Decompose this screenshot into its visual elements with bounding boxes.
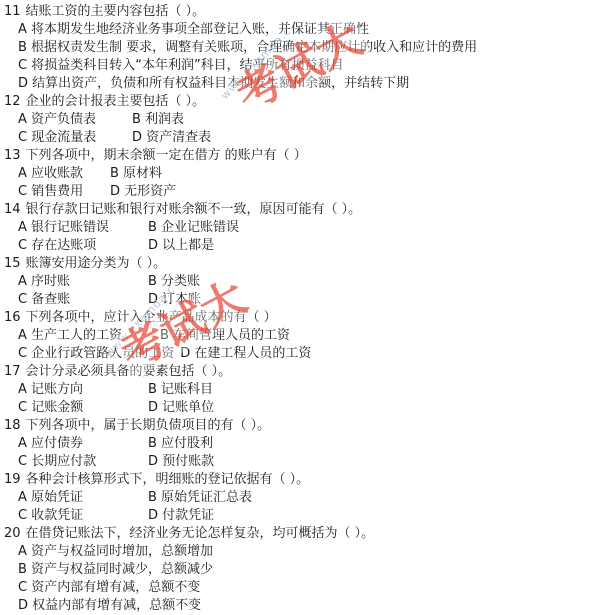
question-number: 13 bbox=[4, 147, 21, 165]
option-cell: B 企业记账错误 bbox=[148, 219, 239, 237]
question-item: 20在借贷记账法下，经济业务无论怎样复杂，均可概括为（ ）。 A 资产与权益同时… bbox=[4, 525, 590, 615]
option-row: A 资产与权益同时增加，总额增加 bbox=[4, 543, 590, 561]
option-cell: A 银行记账错误 bbox=[18, 219, 138, 237]
question-number: 14 bbox=[4, 201, 21, 219]
question-stem: 20在借贷记账法下，经济业务无论怎样复杂，均可概括为（ ）。 bbox=[4, 525, 590, 543]
option-rows: A 将本期发生地经济业务事项全部登记入账，并保证其正确性B 根据权责发生制 要求… bbox=[4, 21, 590, 93]
option-rows: A 原始凭证B 原始凭证汇总表C 收款凭证D 付款凭证 bbox=[4, 489, 590, 525]
question-number: 18 bbox=[4, 417, 21, 435]
question-item: 12企业的会计报表主要包括（ ）。 A 资产负债表B 利润表C 现金流量表D 资… bbox=[4, 93, 590, 147]
option-row: D 权益内部有增有减，总额不变 bbox=[4, 597, 590, 615]
option-row: C 企业行政管路人员的工资D 在建工程人员的工资 bbox=[4, 345, 590, 363]
option-row: C 资产内部有增有减，总额不变 bbox=[4, 579, 590, 597]
option-cell: C 长期应付款 bbox=[18, 453, 138, 471]
option-cell: B 原材料 bbox=[110, 165, 162, 183]
question-stem-text: 下列各项中，应计入企业产品成本的有（ ） bbox=[26, 310, 277, 325]
question-stem-text: 在借贷记账法下，经济业务无论怎样复杂，均可概括为（ ）。 bbox=[26, 526, 375, 541]
option-row: A 序时账B 分类账 bbox=[4, 273, 590, 291]
option-cell: C 备查账 bbox=[18, 291, 138, 309]
question-item: 17会计分录必须具备的要素包括（ ）。 A 记账方向B 记账科目C 记账金额D … bbox=[4, 363, 590, 417]
option-cell: B 记账科目 bbox=[148, 381, 213, 399]
question-stem: 18下列各项中，属于长期负债项目的有（ ）。 bbox=[4, 417, 590, 435]
option-row: A 原始凭证B 原始凭证汇总表 bbox=[4, 489, 590, 507]
option-cell: D 付款凭证 bbox=[148, 507, 214, 525]
option-cell: A 应收账款 bbox=[18, 165, 100, 183]
option-row: C 将损益类科目转入“本年利润”科目，结平所有损益科目 bbox=[4, 57, 590, 75]
option-row: C 存在达账项D 以上都是 bbox=[4, 237, 590, 255]
option-rows: A 应收账款B 原材料C 销售费用D 无形资产 bbox=[4, 165, 590, 201]
option-row: C 现金流量表D 资产清查表 bbox=[4, 129, 590, 147]
question-stem-text: 银行存款日记账和银行对账余额不一致，原因可能有（ ）。 bbox=[26, 202, 362, 217]
question-stem: 19各种会计核算形式下，明细账的登记依据有（ ）。 bbox=[4, 471, 590, 489]
option-row: C 备查账D 订本账 bbox=[4, 291, 590, 309]
option-row: B 资产与权益同时减少，总额减少 bbox=[4, 561, 590, 579]
option-row: C 记账金额D 记账单位 bbox=[4, 399, 590, 417]
question-stem-text: 账簿安用途分类为（ ）。 bbox=[26, 256, 167, 271]
option-cell: C 销售费用 bbox=[18, 183, 100, 201]
option-row: A 应付债券B 应付股利 bbox=[4, 435, 590, 453]
question-item: 14银行存款日记账和银行对账余额不一致，原因可能有（ ）。 A 银行记账错误B … bbox=[4, 201, 590, 255]
option-row: A 银行记账错误B 企业记账错误 bbox=[4, 219, 590, 237]
question-stem-text: 下列各项中，属于长期负债项目的有（ ）。 bbox=[26, 418, 271, 433]
option-rows: A 序时账B 分类账C 备查账D 订本账 bbox=[4, 273, 590, 309]
option-rows: A 资产与权益同时增加，总额增加B 资产与权益同时减少，总额减少C 资产内部有增… bbox=[4, 543, 590, 615]
option-cell: C 现金流量表 bbox=[18, 129, 122, 147]
question-stem-text: 会计分录必须具备的要素包括（ ）。 bbox=[26, 364, 232, 379]
option-row: A 记账方向B 记账科目 bbox=[4, 381, 590, 399]
question-stem-text: 各种会计核算形式下，明细账的登记依据有（ ）。 bbox=[26, 472, 310, 487]
question-stem-text: 下列各项中，期末余额一定在借方 的账户有（ ） bbox=[26, 148, 307, 163]
question-list: 11结账工资的主要内容包括（ ）。 A 将本期发生地经济业务事项全部登记入账，并… bbox=[4, 3, 590, 615]
option-rows: A 记账方向B 记账科目C 记账金额D 记账单位 bbox=[4, 381, 590, 417]
option-cell: A 原始凭证 bbox=[18, 489, 138, 507]
question-item: 19各种会计核算形式下，明细账的登记依据有（ ）。 A 原始凭证B 原始凭证汇总… bbox=[4, 471, 590, 525]
option-cell: C 存在达账项 bbox=[18, 237, 138, 255]
option-rows: A 生产工人的工资B 车间管理人员的工资C 企业行政管路人员的工资D 在建工程人… bbox=[4, 327, 590, 363]
option-cell: A 序时账 bbox=[18, 273, 138, 291]
exam-question-page: 11结账工资的主要内容包括（ ）。 A 将本期发生地经济业务事项全部登记入账，并… bbox=[0, 0, 590, 615]
question-number: 11 bbox=[4, 3, 21, 21]
question-stem: 17会计分录必须具备的要素包括（ ）。 bbox=[4, 363, 590, 381]
question-stem: 13下列各项中，期末余额一定在借方 的账户有（ ） bbox=[4, 147, 590, 165]
option-rows: A 银行记账错误B 企业记账错误C 存在达账项D 以上都是 bbox=[4, 219, 590, 255]
question-stem: 12企业的会计报表主要包括（ ）。 bbox=[4, 93, 590, 111]
option-cell: C 企业行政管路人员的工资 bbox=[18, 345, 174, 363]
option-cell: C 资产内部有增有减，总额不变 bbox=[18, 579, 200, 597]
option-cell: D 结算出资产，负债和所有权益科目本期发生额和余额，并结转下期 bbox=[18, 75, 409, 93]
question-item: 11结账工资的主要内容包括（ ）。 A 将本期发生地经济业务事项全部登记入账，并… bbox=[4, 3, 590, 93]
option-cell: B 分类账 bbox=[148, 273, 200, 291]
question-number: 12 bbox=[4, 93, 21, 111]
option-cell: A 将本期发生地经济业务事项全部登记入账，并保证其正确性 bbox=[18, 21, 369, 39]
option-cell: B 利润表 bbox=[132, 111, 184, 129]
option-cell: A 资产与权益同时增加，总额增加 bbox=[18, 543, 213, 561]
option-cell: D 订本账 bbox=[148, 291, 201, 309]
option-cell: D 无形资产 bbox=[110, 183, 176, 201]
option-cell: A 生产工人的工资 bbox=[18, 327, 154, 345]
question-number: 20 bbox=[4, 525, 21, 543]
question-stem: 11结账工资的主要内容包括（ ）。 bbox=[4, 3, 590, 21]
option-cell: D 权益内部有增有减，总额不变 bbox=[18, 597, 201, 615]
option-row: A 生产工人的工资B 车间管理人员的工资 bbox=[4, 327, 590, 345]
option-cell: D 预付账款 bbox=[148, 453, 214, 471]
question-item: 16下列各项中，应计入企业产品成本的有（ ） A 生产工人的工资B 车间管理人员… bbox=[4, 309, 590, 363]
option-row: A 应收账款B 原材料 bbox=[4, 165, 590, 183]
option-row: C 收款凭证D 付款凭证 bbox=[4, 507, 590, 525]
option-cell: D 记账单位 bbox=[148, 399, 214, 417]
question-stem: 15账簿安用途分类为（ ）。 bbox=[4, 255, 590, 273]
question-stem: 16下列各项中，应计入企业产品成本的有（ ） bbox=[4, 309, 590, 327]
option-cell: B 资产与权益同时减少，总额减少 bbox=[18, 561, 213, 579]
option-cell: D 以上都是 bbox=[148, 237, 214, 255]
option-row: C 长期应付款D 预付账款 bbox=[4, 453, 590, 471]
option-row: D 结算出资产，负债和所有权益科目本期发生额和余额，并结转下期 bbox=[4, 75, 590, 93]
question-number: 15 bbox=[4, 255, 21, 273]
option-cell: B 根据权责发生制 要求，调整有关账项，合理确定本期应计的收入和应计的费用 bbox=[18, 39, 477, 57]
option-row: B 根据权责发生制 要求，调整有关账项，合理确定本期应计的收入和应计的费用 bbox=[4, 39, 590, 57]
question-number: 19 bbox=[4, 471, 21, 489]
question-number: 16 bbox=[4, 309, 21, 327]
option-row: A 将本期发生地经济业务事项全部登记入账，并保证其正确性 bbox=[4, 21, 590, 39]
option-row: A 资产负债表B 利润表 bbox=[4, 111, 590, 129]
option-row: C 销售费用D 无形资产 bbox=[4, 183, 590, 201]
option-cell: B 原始凭证汇总表 bbox=[148, 489, 252, 507]
option-cell: C 将损益类科目转入“本年利润”科目，结平所有损益科目 bbox=[18, 57, 344, 75]
question-item: 13下列各项中，期末余额一定在借方 的账户有（ ） A 应收账款B 原材料C 销… bbox=[4, 147, 590, 201]
question-stem-text: 结账工资的主要内容包括（ ）。 bbox=[26, 4, 206, 19]
option-cell: D 在建工程人员的工资 bbox=[180, 345, 311, 363]
question-item: 18下列各项中，属于长期负债项目的有（ ）。 A 应付债券B 应付股利C 长期应… bbox=[4, 417, 590, 471]
question-number: 17 bbox=[4, 363, 21, 381]
option-cell: A 资产负债表 bbox=[18, 111, 122, 129]
question-stem: 14银行存款日记账和银行对账余额不一致，原因可能有（ ）。 bbox=[4, 201, 590, 219]
option-cell: A 应付债券 bbox=[18, 435, 138, 453]
option-rows: A 资产负债表B 利润表C 现金流量表D 资产清查表 bbox=[4, 111, 590, 147]
question-stem-text: 企业的会计报表主要包括（ ）。 bbox=[26, 94, 206, 109]
question-item: 15账簿安用途分类为（ ）。 A 序时账B 分类账C 备查账D 订本账 bbox=[4, 255, 590, 309]
option-cell: C 收款凭证 bbox=[18, 507, 138, 525]
option-cell: D 资产清查表 bbox=[132, 129, 211, 147]
option-cell: B 车间管理人员的工资 bbox=[160, 327, 290, 345]
option-cell: A 记账方向 bbox=[18, 381, 138, 399]
option-rows: A 应付债券B 应付股利C 长期应付款D 预付账款 bbox=[4, 435, 590, 471]
option-cell: C 记账金额 bbox=[18, 399, 138, 417]
option-cell: B 应付股利 bbox=[148, 435, 213, 453]
